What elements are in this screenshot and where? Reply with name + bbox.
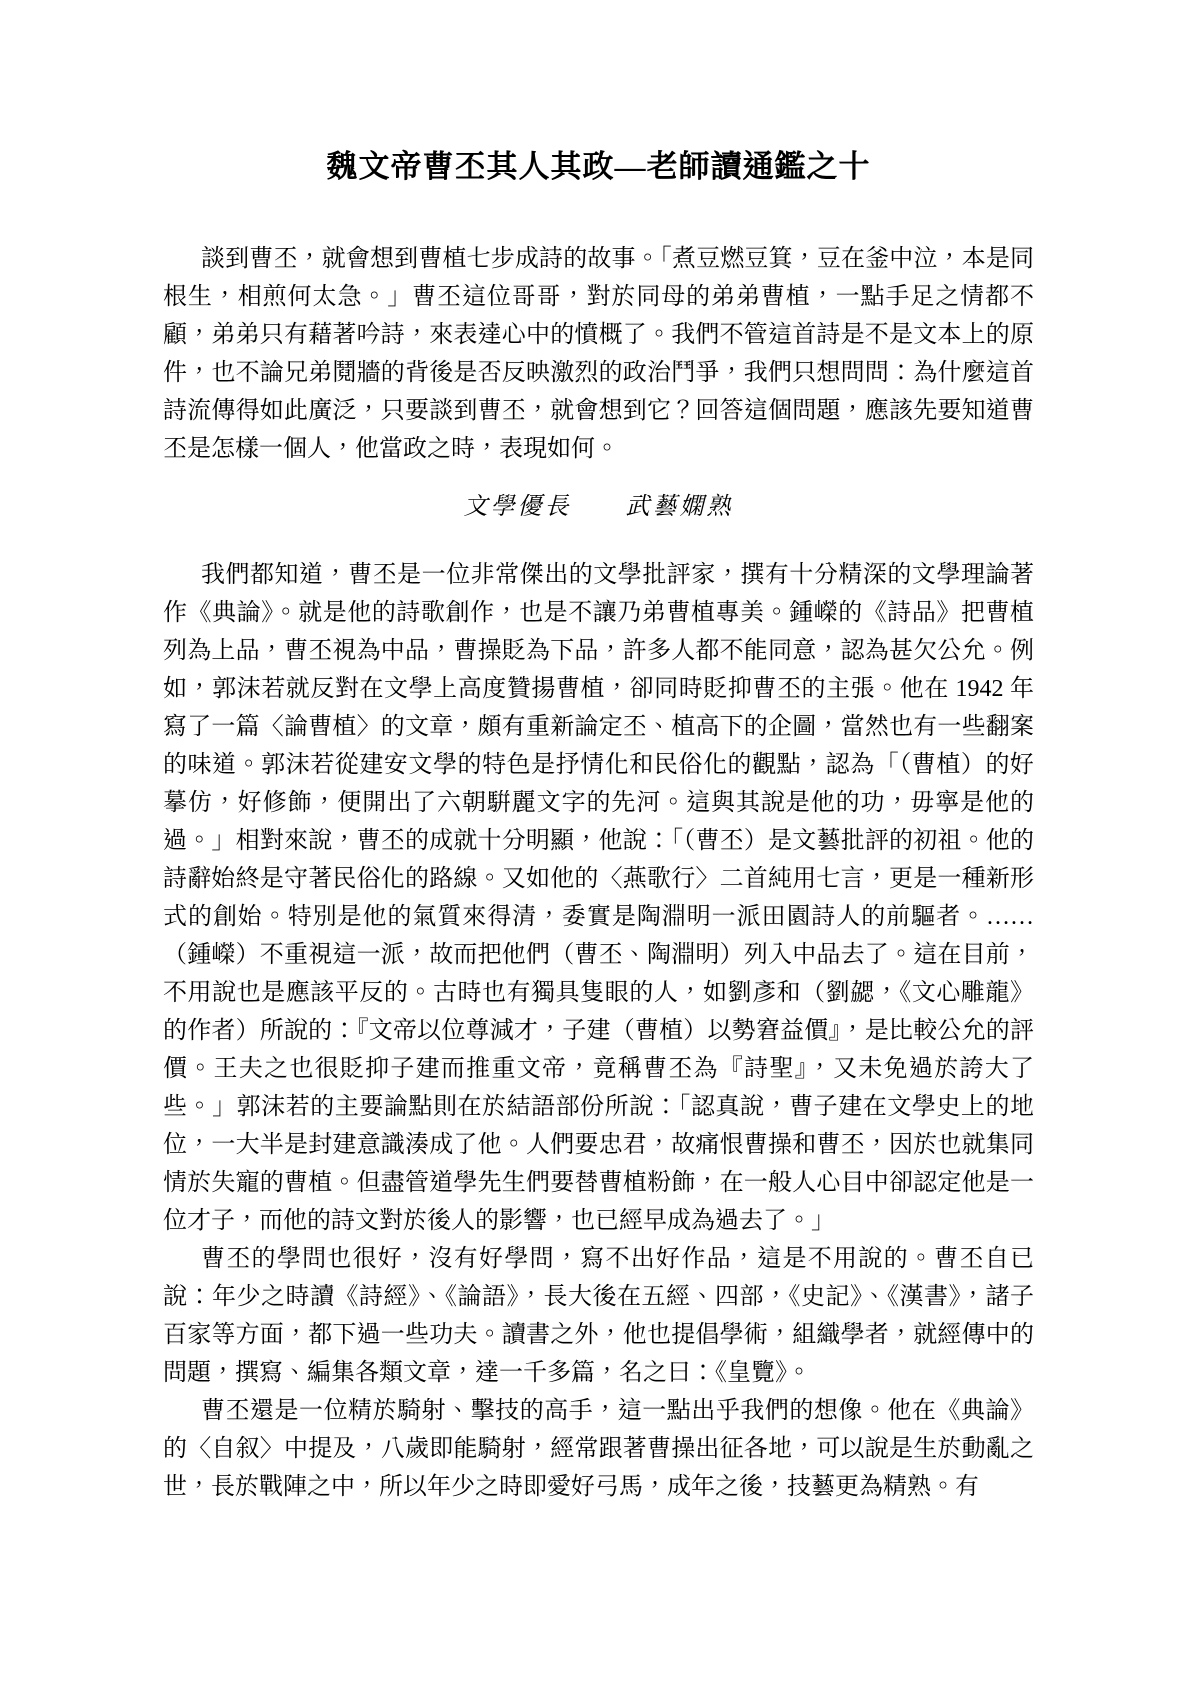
section-heading: 文學優長 武藝嫻熟 xyxy=(163,488,1034,526)
paragraph-intro: 談到曹丕，就會想到曹植七步成詩的故事。「煮豆燃豆箕，豆在釜中泣，本是同根生，相煎… xyxy=(163,240,1034,468)
paragraph-literary-criticism: 我們都知道，曹丕是一位非常傑出的文學批評家，撰有十分精深的文學理論著作《典論》。… xyxy=(163,556,1034,1240)
paragraph-scholarship: 曹丕的學問也很好，沒有好學問，寫不出好作品，這是不用說的。曹丕自已說：年少之時讀… xyxy=(163,1240,1034,1392)
paragraph-martial-skill: 曹丕還是一位精於騎射、擊技的高手，這一點出乎我們的想像。他在《典論》的〈自叙〉中… xyxy=(163,1392,1034,1506)
document-page: 魏文帝曹丕其人其政—老師讀通鑑之十 談到曹丕，就會想到曹植七步成詩的故事。「煮豆… xyxy=(0,0,1191,1684)
document-body: 談到曹丕，就會想到曹植七步成詩的故事。「煮豆燃豆箕，豆在釜中泣，本是同根生，相煎… xyxy=(163,240,1034,1506)
document-title: 魏文帝曹丕其人其政—老師讀通鑑之十 xyxy=(163,146,1034,188)
